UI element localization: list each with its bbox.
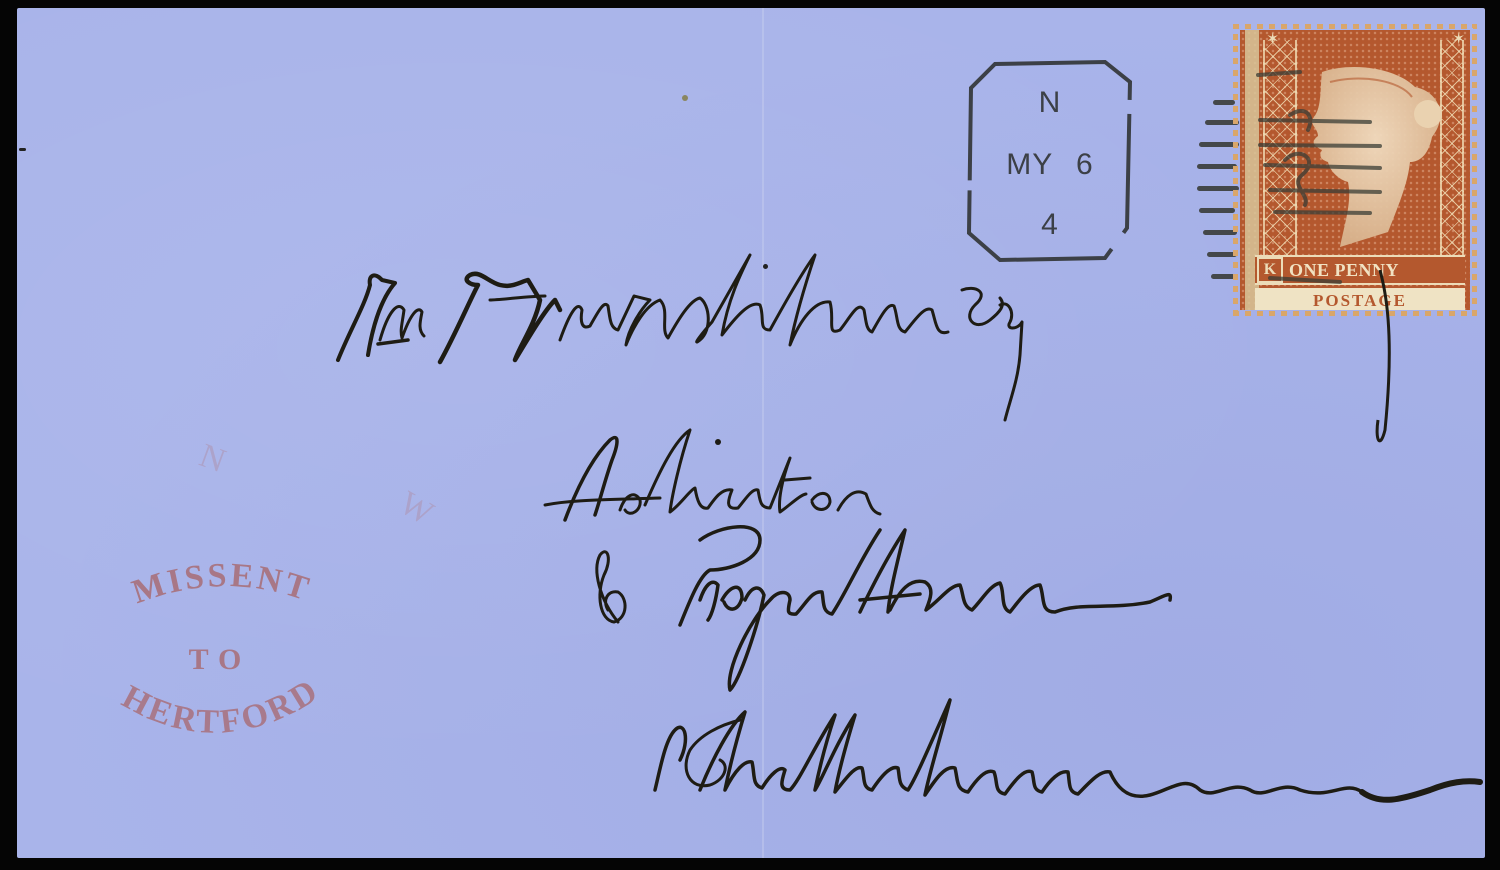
address-line-street: 6 Regent Street: [600, 580, 606, 581]
handwritten-address: [0, 0, 1500, 870]
address-line-town: Cheltenham: [660, 740, 665, 741]
address-line-name: Wm Winterbotham Esq: [340, 300, 349, 301]
address-line-title: Solicitor: [560, 460, 563, 461]
